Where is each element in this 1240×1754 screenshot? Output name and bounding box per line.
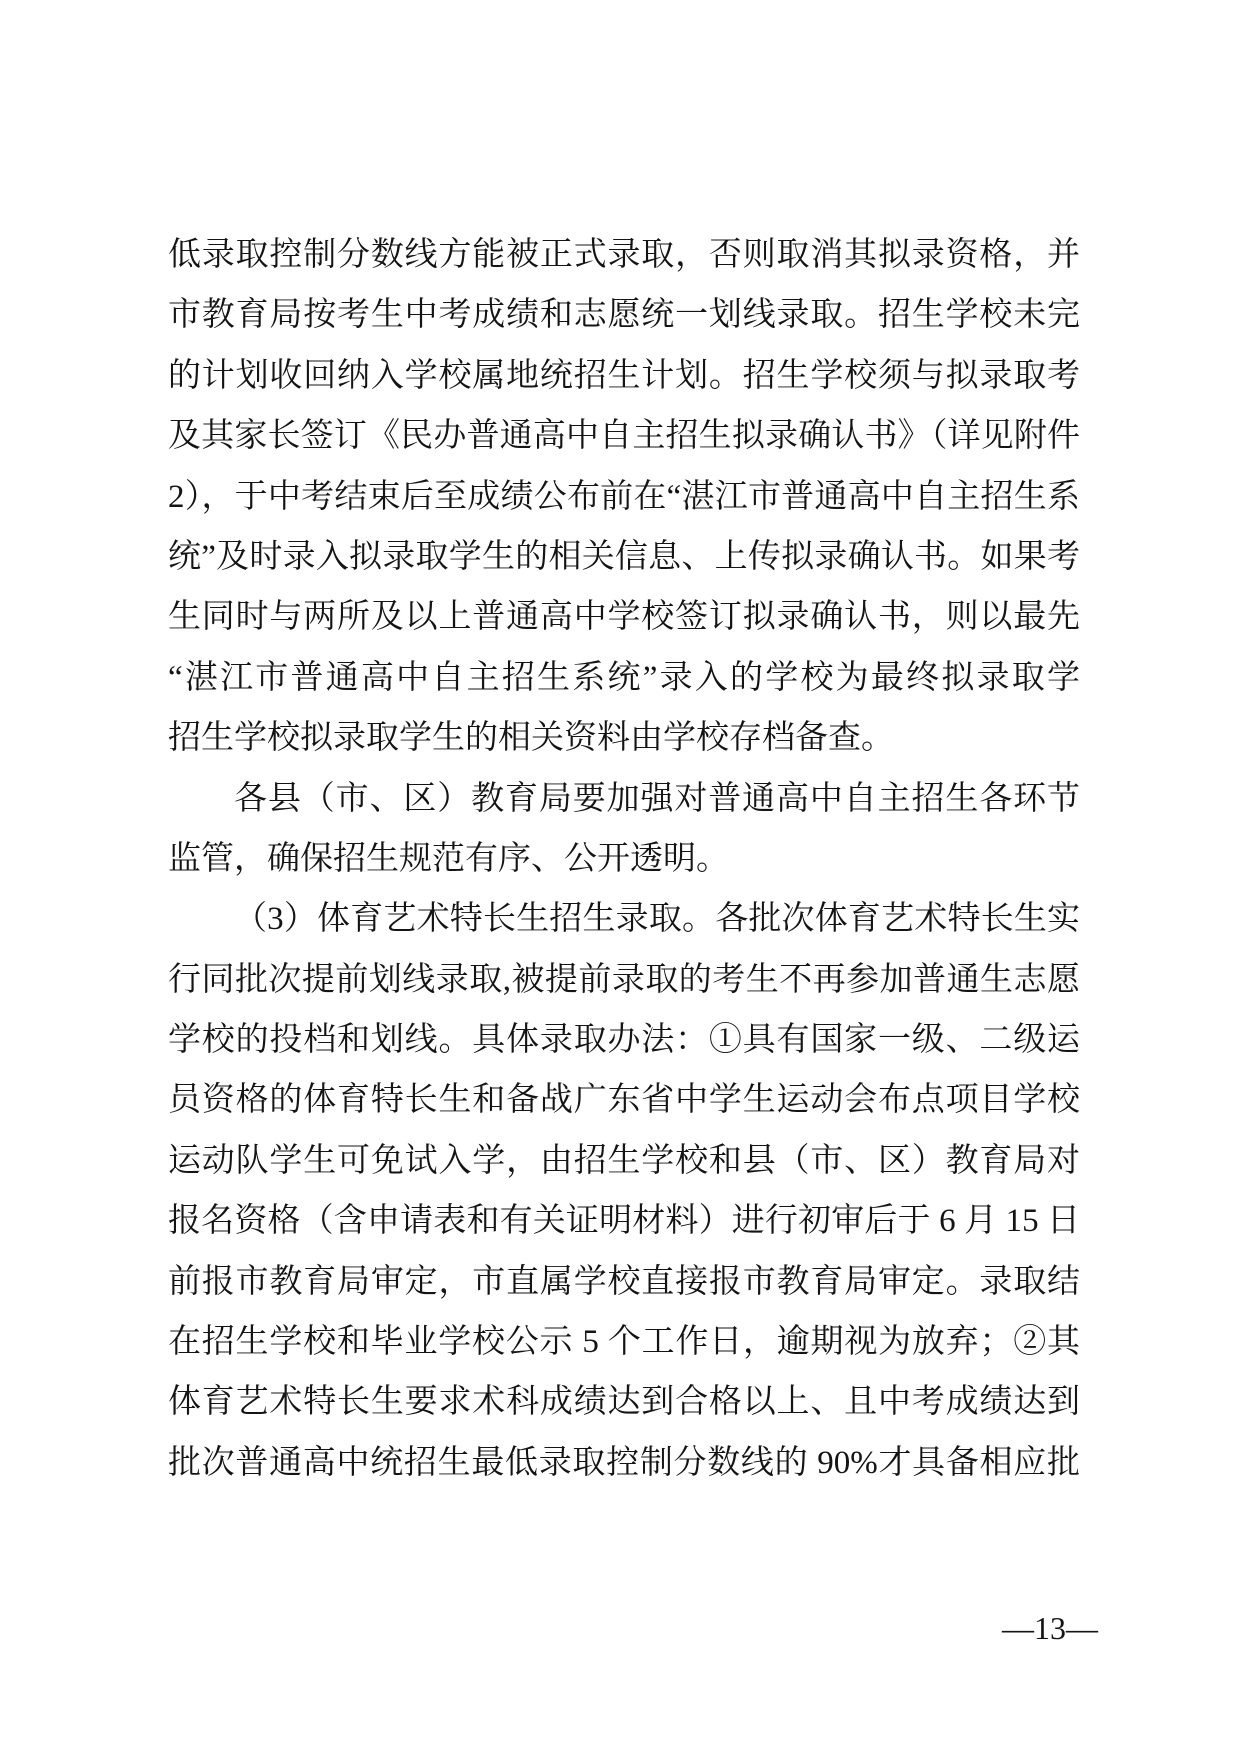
text-line: 的计划收回纳入学校属地统招生计划。招生学校须与拟录取考生 <box>168 346 1080 406</box>
text-line: 2），于中考结束后至成绩公布前在“湛江市普通高中自主招生系 <box>168 467 1080 527</box>
text-line: 各县（市、区）教育局要加强对普通高中自主招生各环节的 <box>168 769 1080 829</box>
text-line: 监管，确保招生规范有序、公开透明。 <box>168 829 1080 889</box>
text-line: 及其家长签订《民办普通高中自主招生拟录确认书》（详见附件 <box>168 406 1080 466</box>
text-line: 体育艺术特长生要求术科成绩达到合格以上、且中考成绩达到同 <box>168 1372 1080 1432</box>
text-line: “湛江市普通高中自主招生系统”录入的学校为最终拟录取学校。 <box>168 648 1080 708</box>
text-line: 运动队学生可免试入学，由招生学校和县（市、区）教育局对其 <box>168 1131 1080 1191</box>
text-line: 行同批次提前划线录取,被提前录取的考生不再参加普通生志愿 <box>168 950 1080 1010</box>
text-line: 学校的投档和划线。具体录取办法：①具有国家一级、二级运动 <box>168 1010 1080 1070</box>
text-line: （3）体育艺术特长生招生录取。各批次体育艺术特长生实 <box>168 889 1080 949</box>
text-line: 报名资格（含申请表和有关证明材料）进行初审后于 6 月 15 日 <box>168 1191 1080 1251</box>
page-number: —13— <box>995 1608 1105 1648</box>
text-block: 低录取控制分数线方能被正式录取，否则取消其拟录资格，并由市教育局按考生中考成绩和… <box>168 225 1080 1493</box>
text-line: 员资格的体育特长生和备战广东省中学生运动会布点项目学校 <box>168 1070 1080 1130</box>
text-line: 在招生学校和毕业学校公示 5 个工作日，逾期视为放弃；②其他 <box>168 1312 1080 1372</box>
text-line: 市教育局按考生中考成绩和志愿统一划线录取。招生学校未完成 <box>168 285 1080 345</box>
text-line: 前报市教育局审定，市直属学校直接报市教育局审定。录取结果 <box>168 1252 1080 1312</box>
text-line: 生同时与两所及以上普通高中学校签订拟录确认书，则以最先在 <box>168 587 1080 647</box>
text-line: 招生学校拟录取学生的相关资料由学校存档备查。 <box>168 708 1080 768</box>
document-page: 低录取控制分数线方能被正式录取，否则取消其拟录资格，并由市教育局按考生中考成绩和… <box>0 0 1240 1754</box>
text-line: 低录取控制分数线方能被正式录取，否则取消其拟录资格，并由 <box>168 225 1080 285</box>
text-line: 统”及时录入拟录取学生的相关信息、上传拟录确认书。如果考 <box>168 527 1080 587</box>
text-line: 批次普通高中统招生最低录取控制分数线的 90%才具备相应批 <box>168 1433 1080 1493</box>
